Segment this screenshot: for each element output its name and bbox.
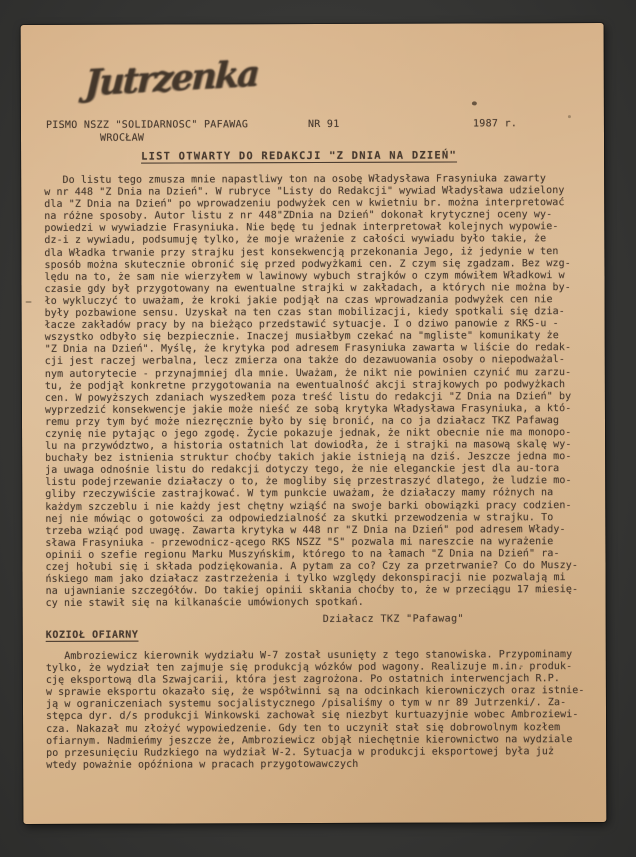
paper-speck bbox=[520, 665, 523, 667]
newsletter-logo: Jutrzenka bbox=[84, 54, 259, 105]
scanned-page: Jutrzenka PISMO NSZZ "SOLIDARNOSC" PAFAW… bbox=[21, 23, 607, 824]
paper-speck bbox=[26, 301, 32, 303]
open-letter-title: LIST OTWARTY DO REDAKCJI "Z DNIA NA DZIE… bbox=[141, 149, 457, 162]
issue-year: 1987 r. bbox=[473, 118, 517, 131]
paper-speck bbox=[568, 115, 571, 118]
scapegoat-body: Ambroziewicz kierownik wydziału W-7 zost… bbox=[46, 649, 602, 772]
paper-speck bbox=[472, 101, 477, 105]
open-letter-body: Do listu tego zmusza mnie napastliwy ton… bbox=[44, 173, 602, 610]
publisher-name: PISMO NSZZ "SOLIDARNOSC" PAFAWAG bbox=[46, 119, 248, 132]
masthead: PISMO NSZZ "SOLIDARNOSC" PAFAWAG WROCŁAW… bbox=[46, 118, 586, 120]
publisher-city: WROCŁAW bbox=[100, 132, 144, 145]
scapegoat-heading: KOZIOŁ OFIARNY bbox=[46, 630, 139, 641]
open-letter-signature: Działacz TKZ "Pafawag" bbox=[323, 613, 464, 624]
issue-number: NR 91 bbox=[308, 119, 340, 132]
